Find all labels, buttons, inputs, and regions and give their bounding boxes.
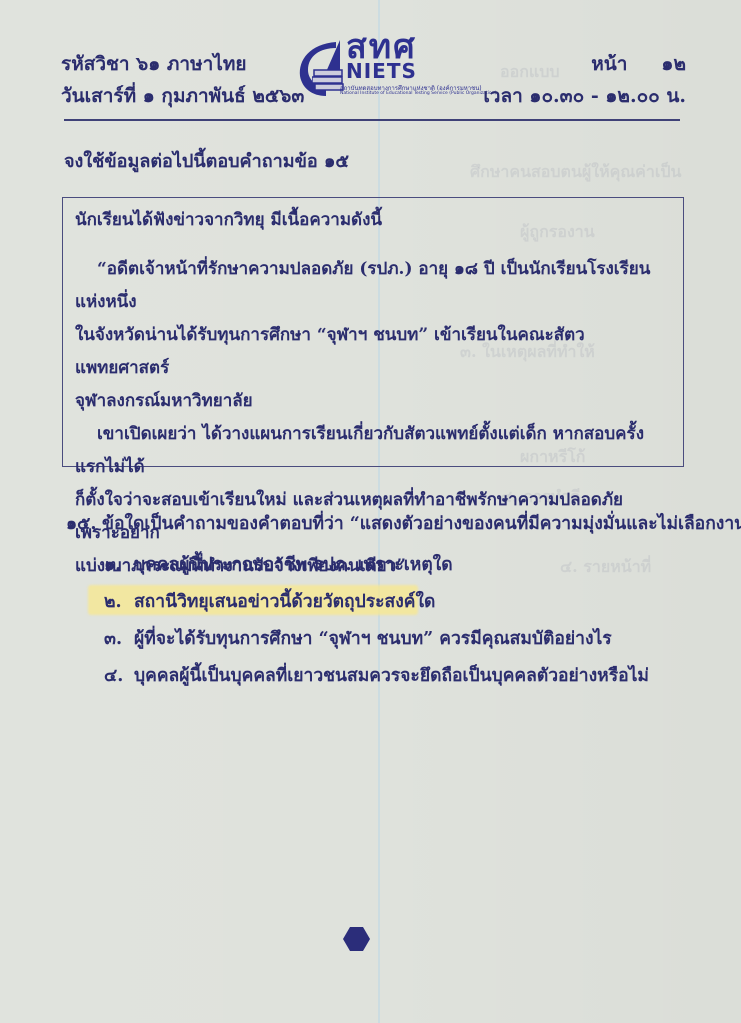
choice-2-highlighted[interactable]: ๒. สถานีวิทยุเสนอข่าวนี้ด้วยวัตถุประสงค์… <box>104 582 649 619</box>
choice-3[interactable]: ๓. ผู้ที่จะได้รับทุนการศึกษา “จุฬาฯ ชนบท… <box>104 619 649 656</box>
choice-number: ๓. <box>104 624 134 652</box>
exam-date: วันเสาร์ที่ ๑ กุมภาพันธ์ ๒๕๖๓ <box>61 80 304 112</box>
bleed-through-text: ศึกษาคนสอบตนผู้ให้คุณค่าเป็น <box>470 160 681 185</box>
passage-line: ในจังหวัดน่านได้รับทุนการศึกษา “จุฬาฯ ชน… <box>75 319 671 385</box>
choice-1[interactable]: ๑. บุคคลผู้นี้ประกอบอาชีพ รปภ. เพราะเหตุ… <box>104 545 649 582</box>
logo-english-acronym: NIETS <box>346 61 417 81</box>
choice-text: สถานีวิทยุเสนอข่าวนี้ด้วยวัตถุประสงค์ใด <box>134 587 435 615</box>
header-right: หน้า ๑๒ เวลา ๑๐.๓๐ - ๑๒.๐๐ น. <box>483 48 686 112</box>
choice-number: ๒. <box>104 587 134 615</box>
instruction-text: จงใช้ข้อมูลต่อไปนี้ตอบคำถามข้อ ๑๕ <box>64 146 349 175</box>
question-number: ๑๕. <box>66 509 102 537</box>
passage-line: จุฬาลงกรณ์มหาวิทยาลัย <box>75 385 671 418</box>
passage-line: “อดีตเจ้าหน้าที่รักษาความปลอดภัย (รปภ.) … <box>75 253 671 319</box>
passage-line: เขาเปิดเผยว่า ได้วางแผนการเรียนเกี่ยวกับ… <box>75 418 671 484</box>
passage-title: นักเรียนได้ฟังข่าวจากวิทยุ มีเนื้อความดั… <box>75 204 671 237</box>
question-15: ๑๕.ข้อใดเป็นคำถามของคำตอบที่ว่า “แสดงตัว… <box>66 509 741 537</box>
subject-code: รหัสวิชา ๖๑ ภาษาไทย <box>61 48 304 80</box>
answer-choices: ๑. บุคคลผู้นี้ประกอบอาชีพ รปภ. เพราะเหตุ… <box>104 545 649 693</box>
question-text: ข้อใดเป็นคำถามของคำตอบที่ว่า “แสดงตัวอย่… <box>102 514 741 534</box>
choice-text: บุคคลผู้นี้ประกอบอาชีพ รปภ. เพราะเหตุใด <box>134 550 453 578</box>
page-number: ๑๒ <box>661 49 686 79</box>
header-divider <box>64 119 680 121</box>
choice-number: ๔. <box>104 661 134 689</box>
hexagon-page-marker-icon <box>343 927 370 951</box>
choice-text: ผู้ที่จะได้รับทุนการศึกษา “จุฬาฯ ชนบท” ค… <box>134 624 612 652</box>
choice-4[interactable]: ๔. บุคคลผู้นี้เป็นบุคคลที่เยาวชนสมควรจะย… <box>104 656 649 693</box>
choice-number: ๑. <box>104 550 134 578</box>
niets-logo: สทศ NIETS สถาบันทดสอบทางการศึกษาแห่งชาติ… <box>296 30 496 100</box>
passage-box: นักเรียนได้ฟังข่าวจากวิทยุ มีเนื้อความดั… <box>62 197 684 467</box>
exam-page: ออกแบบ ศึกษาคนสอบตนผู้ให้คุณค่าเป็น ผู้ถ… <box>0 0 741 1023</box>
logo-english-name: National Institute of Educational Testin… <box>340 91 496 96</box>
choice-text: บุคคลผู้นี้เป็นบุคคลที่เยาวชนสมควรจะยึดถ… <box>134 661 649 689</box>
exam-time: เวลา ๑๐.๓๐ - ๑๒.๐๐ น. <box>483 80 686 112</box>
page-label: หน้า <box>591 49 627 79</box>
header-left: รหัสวิชา ๖๑ ภาษาไทย วันเสาร์ที่ ๑ กุมภาพ… <box>61 48 304 112</box>
page-indicator: หน้า ๑๒ <box>483 48 686 80</box>
